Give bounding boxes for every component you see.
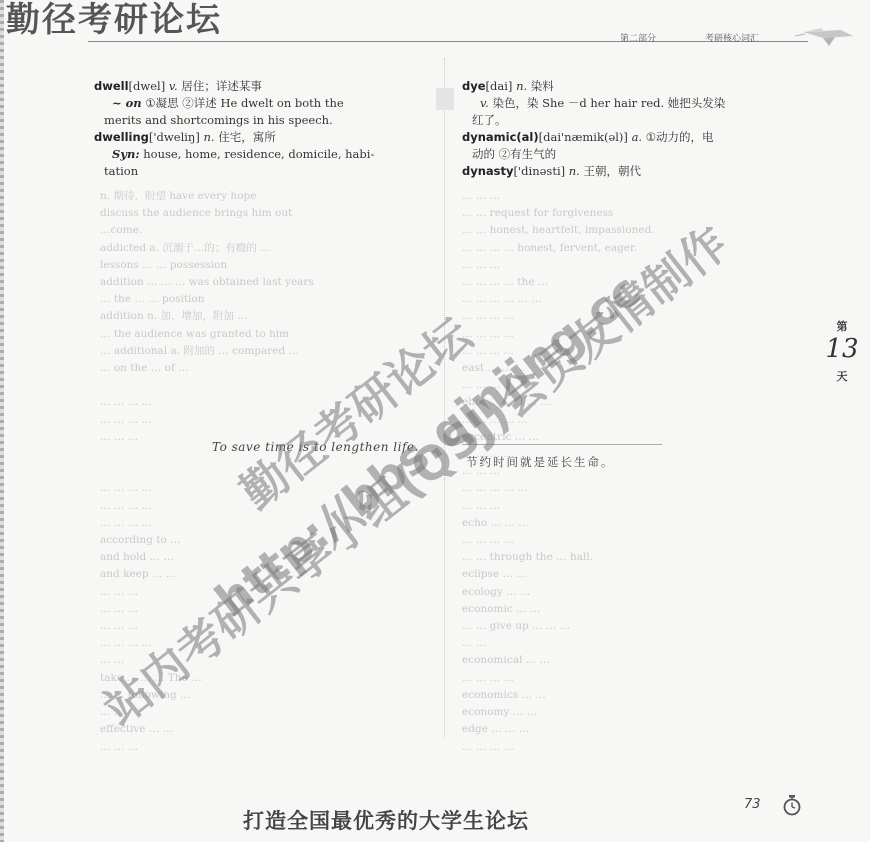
day-marker: 第 13 天	[822, 318, 862, 384]
phonetic: ['dweliŋ]	[149, 130, 200, 144]
ghost-line: … … … … …	[462, 480, 655, 497]
ghost-line: eclipse … …	[462, 566, 655, 583]
day-prefix: 第	[822, 318, 862, 334]
ghost-line: … on the … of …	[100, 360, 314, 377]
ghost-line: economics … …	[462, 687, 655, 704]
entry-dynasty: dynasty['dinəsti] n. 王朝，朝代	[462, 163, 807, 180]
entry-continuation: merits and shortcomings in his speech.	[94, 112, 434, 129]
headword: dynamic(al)	[462, 130, 539, 144]
definition: 居住；详述某事	[181, 79, 262, 93]
ghost-line: n. 期待，盼望 have every hope	[100, 188, 314, 205]
ghost-line: edge … … …	[462, 721, 655, 738]
header-rule	[88, 41, 808, 42]
header-section: 考研核心词汇	[705, 31, 759, 44]
entry-continuation: tation	[94, 163, 434, 180]
phrase: ~ on	[112, 96, 142, 110]
ghost-line: economic … …	[462, 601, 655, 618]
phonetic: [dai'næmik(əl)]	[539, 130, 628, 144]
synonyms: tation	[104, 164, 138, 178]
entry-dynamic: dynamic(al)[dai'næmik(əl)] a. ①动力的，电	[462, 129, 807, 146]
part-of-speech: n.	[203, 130, 214, 144]
part-of-speech: n.	[569, 164, 580, 178]
phonetic: [dai]	[486, 79, 513, 93]
ghost-line: … the … … position	[100, 291, 314, 308]
forum-brand: 勤径考研论坛	[6, 0, 222, 44]
definition: ①动力的，电	[646, 130, 714, 144]
phonetic: [dwel]	[129, 79, 166, 93]
entry-sub: v. 染色，染 She －d her hair red. 她把头发染	[462, 95, 807, 112]
ghost-line: economical … …	[462, 652, 655, 669]
ghost-line: … … … …	[100, 394, 314, 411]
headword: dwell	[94, 79, 129, 93]
definition: 动的 ②有生气的	[472, 147, 556, 161]
definition: 染料	[531, 79, 554, 93]
phonetic: ['dinəsti]	[514, 164, 566, 178]
headword: dwelling	[94, 130, 149, 144]
example: merits and shortcomings in his speech.	[104, 113, 333, 127]
ghost-line: lessons … … possession	[100, 257, 314, 274]
ghost-line: … … honest, heartfelt, impassioned.	[462, 222, 655, 239]
ghost-line: echo … … …	[462, 515, 655, 532]
day-suffix: 天	[822, 368, 862, 384]
example: 染色，染 She －d her hair red. 她把头发染	[492, 96, 725, 110]
ghost-line: … the audience was granted to him	[100, 326, 314, 343]
thumb-tab-mark	[436, 88, 454, 110]
ghost-line: … … …	[462, 498, 655, 515]
definition: 王朝，朝代	[583, 164, 641, 178]
entry-sub: ~ on ①凝思 ②详述 He dwelt on both the	[94, 95, 434, 112]
left-column: dwell[dwel] v. 居住；详述某事 ~ on ①凝思 ②详述 He d…	[94, 78, 434, 180]
ghost-line: …come.	[100, 222, 314, 239]
part-of-speech: n.	[516, 79, 527, 93]
ghost-line: addition n. 加，增加，附加 …	[100, 308, 314, 325]
headword: dynasty	[462, 164, 514, 178]
example: 红了。	[472, 113, 507, 127]
right-column: dye[dai] n. 染料 v. 染色，染 She －d her hair r…	[462, 78, 807, 180]
ghost-line: … additional a. 附加的 … compared …	[100, 343, 314, 360]
ghost-line: … … give up … … …	[462, 618, 655, 635]
header-part: 第二部分	[620, 31, 656, 44]
stopwatch-icon	[782, 794, 802, 816]
ghost-line: … … request for forgiveness	[462, 205, 655, 222]
entry-sub: Syn: house, home, residence, domicile, h…	[94, 146, 434, 163]
example: ①凝思 ②详述 He dwelt on both the	[145, 96, 343, 110]
part-of-speech: v.	[480, 96, 489, 110]
synonyms: house, home, residence, domicile, habi-	[143, 147, 374, 161]
entry-dwelling: dwelling['dweliŋ] n. 住宅，寓所	[94, 129, 434, 146]
ghost-line: … … … …	[462, 532, 655, 549]
page-binding-edge	[0, 0, 4, 842]
ghost-line: … … …	[462, 188, 655, 205]
part-of-speech: a.	[632, 130, 643, 144]
ghost-line: … … through the … hall.	[462, 549, 655, 566]
part-of-speech: v.	[169, 79, 178, 93]
ghost-line: ecology … …	[462, 584, 655, 601]
ghost-line: … …	[462, 635, 655, 652]
ghost-line: economy … …	[462, 704, 655, 721]
ghost-line: … … …	[100, 739, 314, 756]
book-page: 勤径考研论坛 第二部分 考研核心词汇 n. 期待，盼望 have every h…	[0, 0, 870, 842]
paper-plane-icon	[795, 22, 855, 48]
ghost-line: … … … … honest, fervent, eager.	[462, 240, 655, 257]
page-number: 73	[744, 797, 761, 812]
ghost-line	[100, 377, 314, 394]
synonym-label: Syn:	[112, 147, 140, 161]
ghost-line: … … … …	[462, 670, 655, 687]
entry-continuation: 红了。	[462, 112, 807, 129]
entry-dye: dye[dai] n. 染料	[462, 78, 807, 95]
ghost-line: … … … …	[462, 739, 655, 756]
definition: 住宅，寓所	[218, 130, 276, 144]
footer-slogan: 打造全国最优秀的大学生论坛	[243, 805, 529, 835]
ghost-line: discuss the audience brings him out	[100, 205, 314, 222]
entry-continuation: 动的 ②有生气的	[462, 146, 807, 163]
ghost-line: addition … … … was obtained last years	[100, 274, 314, 291]
ghost-line: addicted a. 沉溺于…的；有瘾的 …	[100, 240, 314, 257]
day-number: 13	[822, 334, 862, 364]
headword: dye	[462, 79, 486, 93]
entry-dwell: dwell[dwel] v. 居住；详述某事	[94, 78, 434, 95]
